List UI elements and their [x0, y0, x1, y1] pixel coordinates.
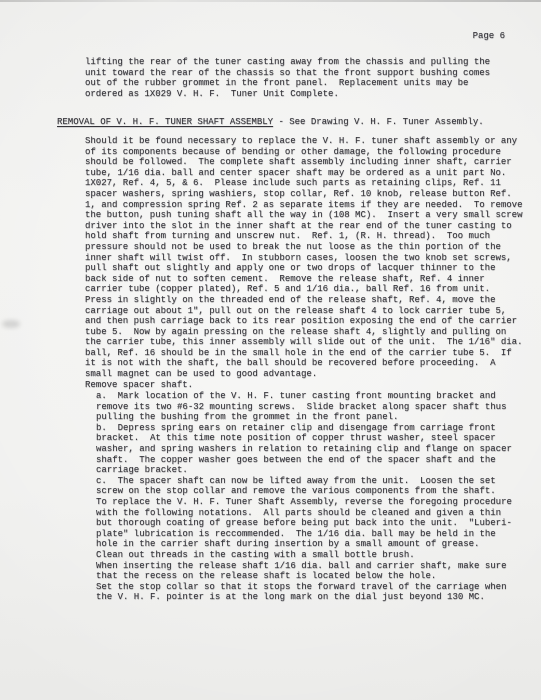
- steps-paragraph: a. Mark location of the V. H. F. tuner c…: [96, 391, 537, 603]
- page-number: Page 6: [0, 31, 505, 42]
- scan-edge-artifact: [0, 0, 541, 2]
- scan-smudge-artifact: [2, 320, 20, 328]
- section-heading-title: REMOVAL OF V. H. F. TUNER SHAFT ASSEMBLY: [57, 117, 273, 127]
- document-page: Page 6 lifting the rear of the tuner cas…: [0, 0, 541, 700]
- section-heading-suffix: - See Drawing V. H. F. Tuner Assembly.: [273, 117, 484, 127]
- section-heading: REMOVAL OF V. H. F. TUNER SHAFT ASSEMBLY…: [57, 117, 537, 128]
- intro-paragraph: lifting the rear of the tuner casting aw…: [85, 57, 535, 99]
- body-paragraph: Should it be found necessary to replace …: [85, 136, 537, 390]
